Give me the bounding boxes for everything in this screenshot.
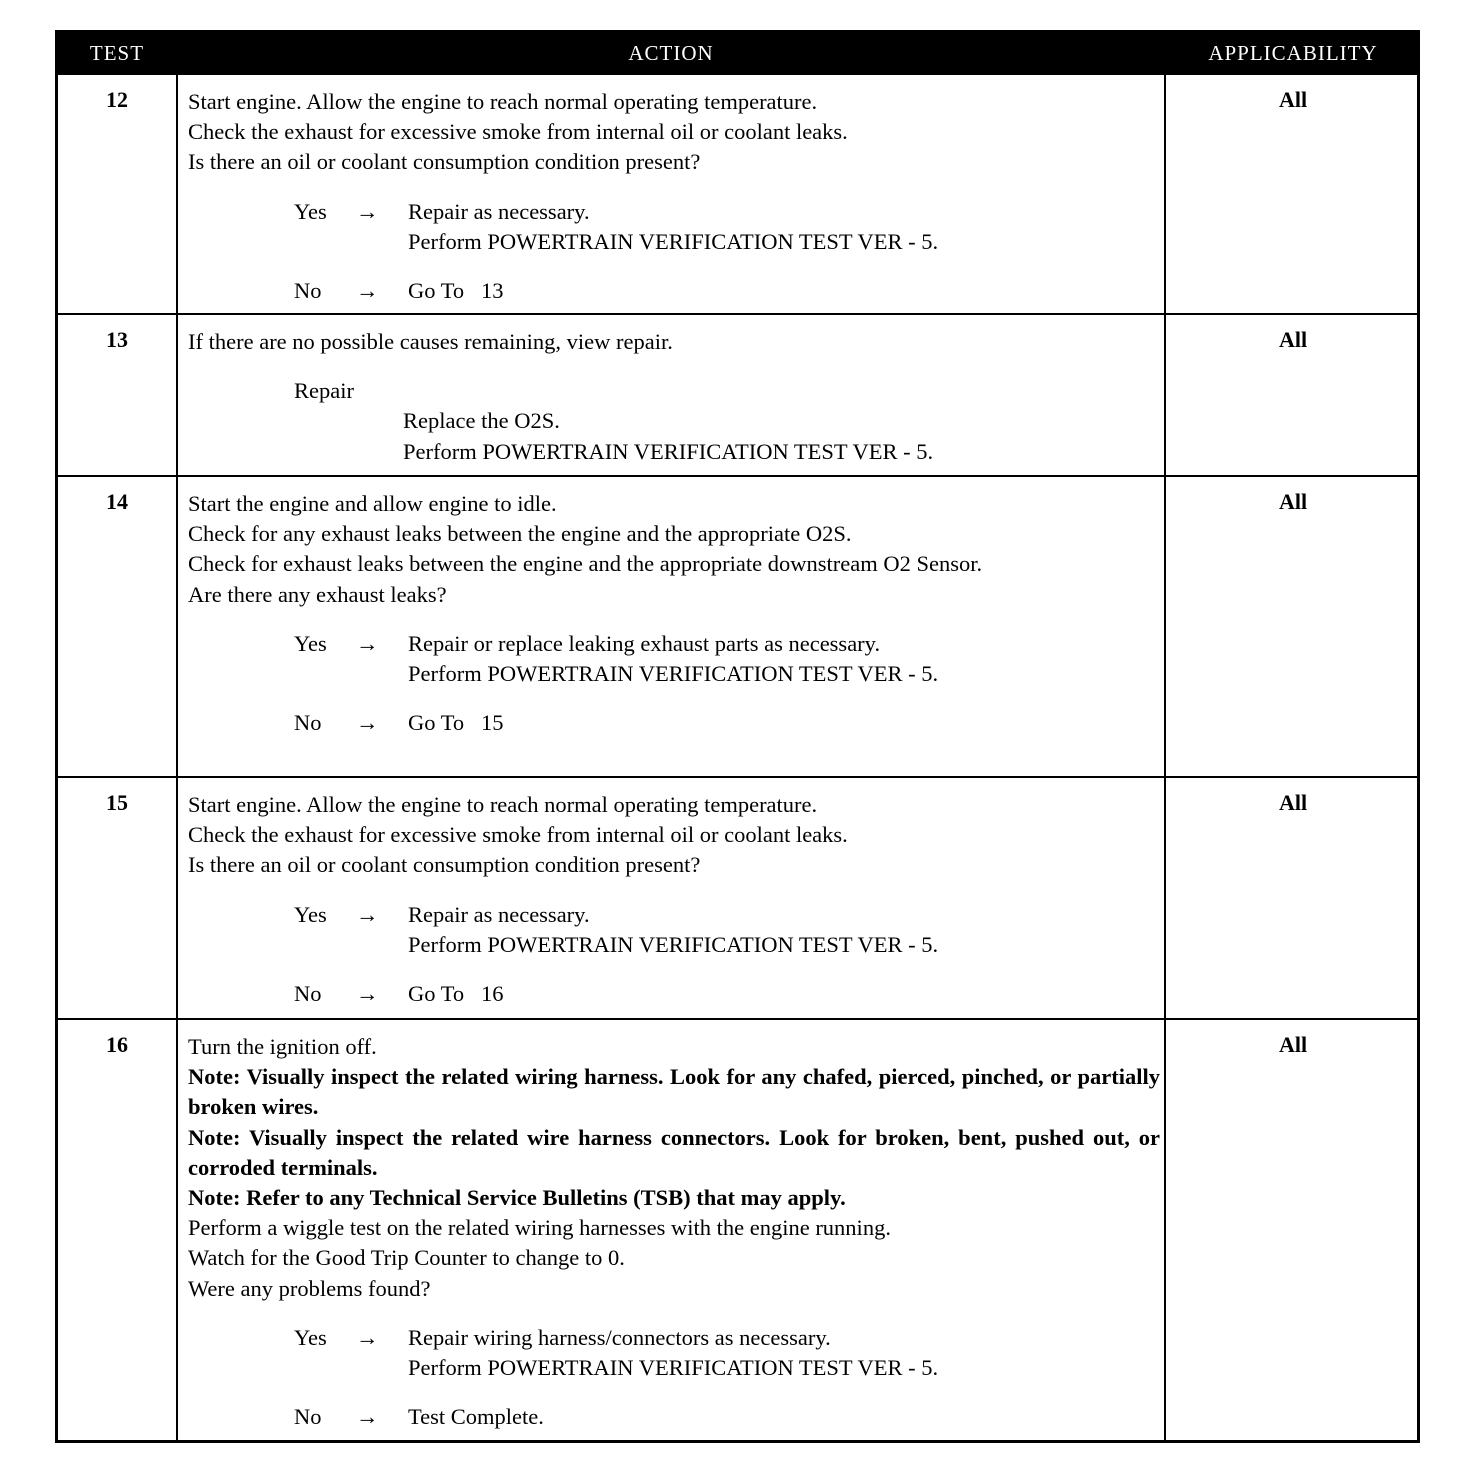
yes-label: Yes: [294, 629, 356, 659]
action-text: Start engine. Allow the engine to reach …: [188, 790, 1160, 820]
yes-label: Yes: [294, 197, 356, 227]
action-cell: Start engine. Allow the engine to reach …: [188, 87, 1160, 306]
test-number: 14: [58, 489, 176, 515]
arrow-icon: →: [356, 708, 408, 738]
no-label: No: [294, 979, 356, 1009]
test-number: 13: [58, 327, 176, 353]
arrow-icon: →: [356, 1323, 408, 1353]
repair-step: Replace the O2S.: [403, 406, 1160, 436]
action-text: Check the exhaust for excessive smoke fr…: [188, 820, 1160, 850]
yes-line: Yes→Repair as necessary.: [188, 900, 1160, 930]
yes-line: Yes→Repair or replace leaking exhaust pa…: [188, 629, 1160, 659]
applicability-value: All: [1166, 790, 1420, 816]
repair-steps: Replace the O2S.Perform POWERTRAIN VERIF…: [403, 406, 1160, 466]
yes-line: Yes→Repair wiring harness/connectors as …: [188, 1323, 1160, 1353]
test-number: 12: [58, 87, 176, 113]
no-result: Go To 15: [408, 708, 1160, 738]
repair-label: Repair: [294, 376, 1160, 406]
action-text: Check the exhaust for excessive smoke fr…: [188, 117, 1160, 147]
no-branch: No→Go To 13: [188, 276, 1160, 306]
table-row: 16AllTurn the ignition off.Note: Visuall…: [58, 1020, 1417, 1440]
test-number: 15: [58, 790, 176, 816]
no-result: Go To 16: [408, 979, 1160, 1009]
yes-branch: Yes→Repair as necessary.Perform POWERTRA…: [188, 900, 1160, 960]
action-text: Are there any exhaust leaks?: [188, 580, 1160, 610]
applicability-value: All: [1166, 327, 1420, 353]
no-result: Test Complete.: [408, 1402, 1160, 1432]
table-row: 14AllStart the engine and allow engine t…: [58, 477, 1417, 778]
no-label: No: [294, 276, 356, 306]
yes-result-continued: Perform POWERTRAIN VERIFICATION TEST VER…: [408, 930, 1160, 960]
action-text: Start the engine and allow engine to idl…: [188, 489, 1160, 519]
action-text: Perform a wiggle test on the related wir…: [188, 1213, 1160, 1243]
yes-branch: Yes→Repair or replace leaking exhaust pa…: [188, 629, 1160, 689]
action-text: Is there an oil or coolant consumption c…: [188, 850, 1160, 880]
action-text: Start engine. Allow the engine to reach …: [188, 87, 1160, 117]
applicability-value: All: [1166, 1032, 1420, 1058]
header-applicability: APPLICABILITY: [1166, 41, 1420, 66]
no-label: No: [294, 1402, 356, 1432]
yes-result: Repair as necessary.: [408, 900, 1160, 930]
applicability-value: All: [1166, 489, 1420, 515]
arrow-icon: →: [356, 197, 408, 227]
note-text: Note: Refer to any Technical Service Bul…: [188, 1183, 1160, 1213]
action-text: Check for exhaust leaks between the engi…: [188, 549, 1160, 579]
yes-branch: Yes→Repair wiring harness/connectors as …: [188, 1323, 1160, 1383]
header-action: ACTION: [176, 41, 1166, 66]
no-branch: No→Go To 16: [188, 979, 1160, 1009]
no-label: No: [294, 708, 356, 738]
arrow-icon: →: [356, 1402, 408, 1432]
test-number: 16: [58, 1032, 176, 1058]
yes-label: Yes: [294, 1323, 356, 1353]
no-line: No→Go To 13: [188, 276, 1160, 306]
arrow-icon: →: [356, 979, 408, 1009]
action-text: Turn the ignition off.: [188, 1032, 1160, 1062]
arrow-icon: →: [356, 276, 408, 306]
note-text: Note: Visually inspect the related wire …: [188, 1123, 1160, 1183]
table-row: 13AllIf there are no possible causes rem…: [58, 315, 1417, 477]
action-cell: Start the engine and allow engine to idl…: [188, 489, 1160, 738]
no-branch: No→Go To 15: [188, 708, 1160, 738]
diagnostic-test-table: TEST ACTION APPLICABILITY 12AllStart eng…: [55, 30, 1420, 1443]
action-text: Were any problems found?: [188, 1274, 1160, 1304]
yes-result: Repair as necessary.: [408, 197, 1160, 227]
yes-label: Yes: [294, 900, 356, 930]
table-row: 12AllStart engine. Allow the engine to r…: [58, 75, 1417, 315]
action-text: Is there an oil or coolant consumption c…: [188, 147, 1160, 177]
action-cell: Turn the ignition off.Note: Visually ins…: [188, 1032, 1160, 1432]
action-cell: Start engine. Allow the engine to reach …: [188, 790, 1160, 1009]
no-line: No→Go To 16: [188, 979, 1160, 1009]
yes-result: Repair or replace leaking exhaust parts …: [408, 629, 1160, 659]
action-text: If there are no possible causes remainin…: [188, 327, 1160, 357]
yes-line: Yes→Repair as necessary.: [188, 197, 1160, 227]
yes-result-continued: Perform POWERTRAIN VERIFICATION TEST VER…: [408, 227, 1160, 257]
no-branch: No→Test Complete.: [188, 1402, 1160, 1432]
arrow-icon: →: [356, 900, 408, 930]
table-header: TEST ACTION APPLICABILITY: [58, 33, 1417, 75]
action-text: Watch for the Good Trip Counter to chang…: [188, 1243, 1160, 1273]
header-test: TEST: [58, 41, 176, 66]
arrow-icon: →: [356, 629, 408, 659]
action-cell: If there are no possible causes remainin…: [188, 327, 1160, 467]
no-line: No→Test Complete.: [188, 1402, 1160, 1432]
yes-result-continued: Perform POWERTRAIN VERIFICATION TEST VER…: [408, 659, 1160, 689]
repair-step: Perform POWERTRAIN VERIFICATION TEST VER…: [403, 437, 1160, 467]
yes-branch: Yes→Repair as necessary.Perform POWERTRA…: [188, 197, 1160, 257]
yes-result: Repair wiring harness/connectors as nece…: [408, 1323, 1160, 1353]
note-text: Note: Visually inspect the related wirin…: [188, 1062, 1160, 1122]
applicability-value: All: [1166, 87, 1420, 113]
no-line: No→Go To 15: [188, 708, 1160, 738]
action-text: Check for any exhaust leaks between the …: [188, 519, 1160, 549]
yes-result-continued: Perform POWERTRAIN VERIFICATION TEST VER…: [408, 1353, 1160, 1383]
table-row: 15AllStart engine. Allow the engine to r…: [58, 778, 1417, 1020]
no-result: Go To 13: [408, 276, 1160, 306]
